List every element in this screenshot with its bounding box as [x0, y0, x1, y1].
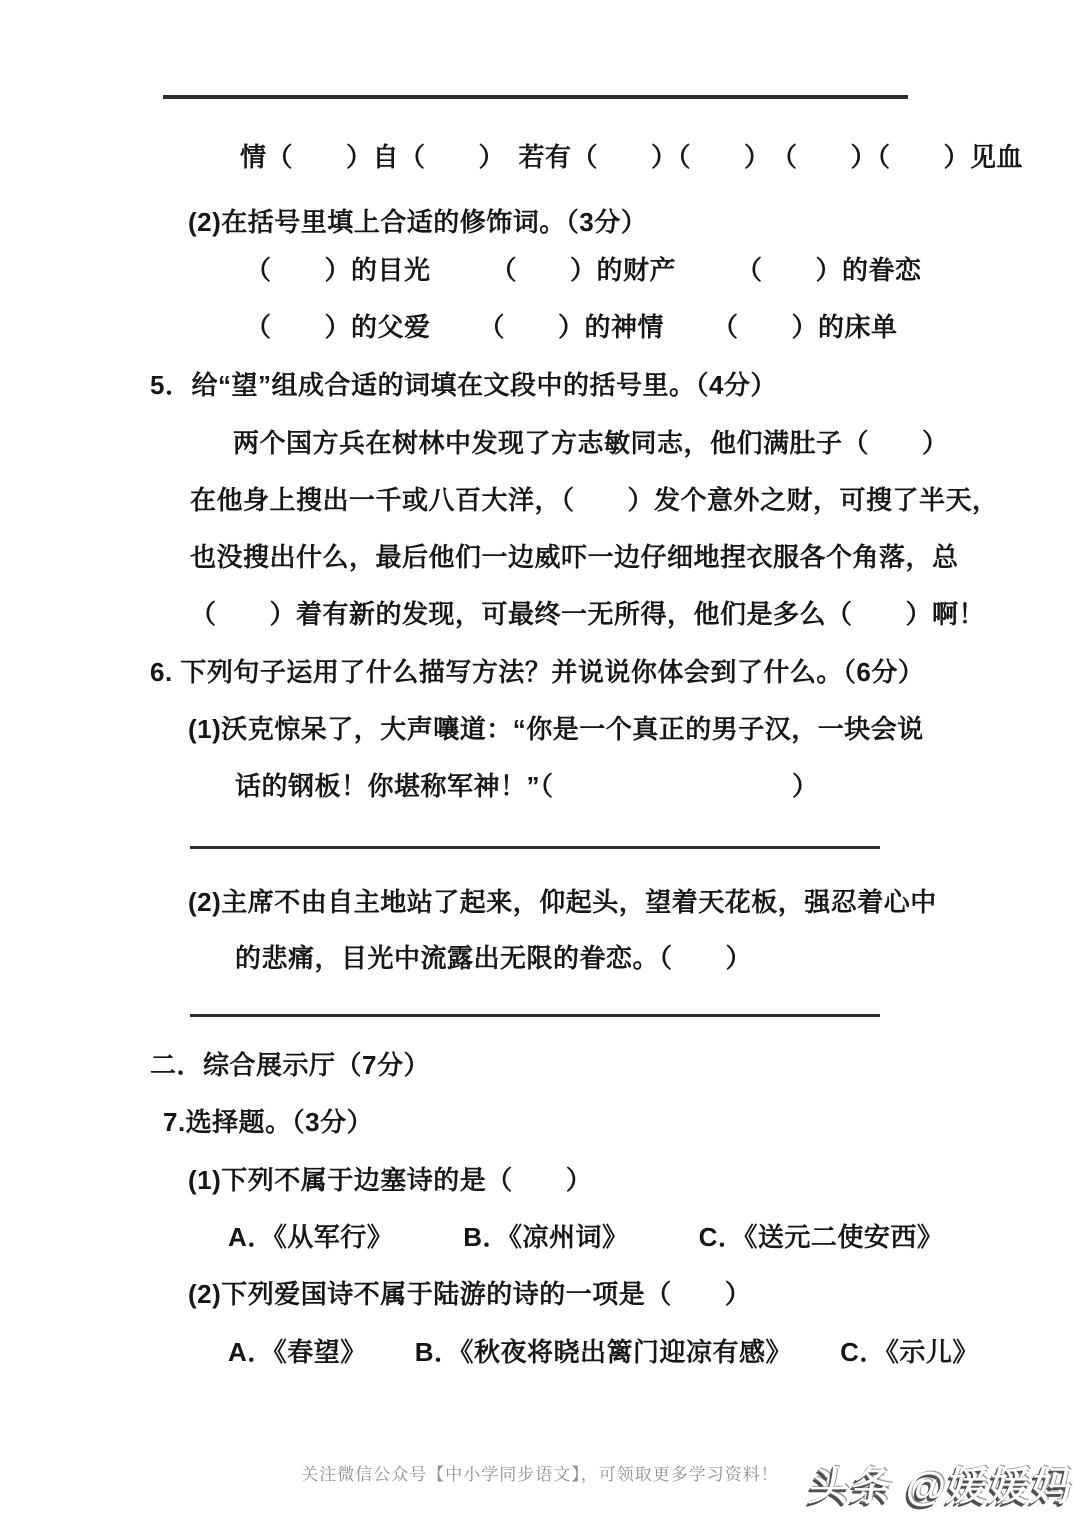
exam-page: 情（ ）自（ ） 若有（ ）（ ） （ ）（ ）见血 (2)在括号里填上合适的修… [0, 0, 1080, 1527]
q6-part1-answer-line [190, 846, 880, 849]
q6-part2-answer-line [190, 1014, 880, 1017]
q4-idiom-blanks: 情（ ）自（ ） 若有（ ）（ ） （ ）（ ）见血 [240, 139, 1023, 175]
q6-part1-line-2: 话的钢板！你堪称军神！”（ ） [235, 768, 819, 804]
option-c: C．《示儿》 [840, 1334, 979, 1370]
option-a: A．《从军行》 [228, 1219, 393, 1255]
option-b: B．《秋夜将晓出篱门迎凉有感》 [415, 1334, 792, 1370]
q6-part2-line-2: 的悲痛，目光中流露出无限的眷恋。（ ） [235, 940, 752, 976]
q5-passage-line-4: （ ）着有新的发现，可最终一无所得，他们是多么（ ）啊！ [190, 596, 985, 632]
option-a: A．《春望》 [228, 1334, 367, 1370]
q7-sub1-options: A．《从军行》 B．《凉州词》 C．《送元二使安西》 [228, 1219, 943, 1255]
q5-passage-line-1: 两个国方兵在树林中发现了方志敏同志，他们满肚子（ ） [233, 425, 949, 461]
q5-title: 5．给“望”组成合适的词填在文段中的括号里。（4分） [150, 367, 777, 403]
toutiao-watermark: 头条 @媛媛妈 [806, 1455, 1078, 1512]
q7-sub2-options: A．《春望》 B．《秋夜将晓出篱门迎凉有感》 C．《示儿》 [228, 1334, 979, 1370]
q6-title: 6. 下列句子运用了什么描写方法？并说说你体会到了什么。（6分） [150, 654, 924, 690]
modifier-blank: （ ）的财产 [491, 252, 677, 288]
option-b: B．《凉州词》 [463, 1219, 628, 1255]
q5-passage-line-2: 在他身上搜出一千或八百大洋，（ ）发个意外之财，可搜了半天， [190, 482, 999, 518]
modifier-blank: （ ）的神情 [479, 309, 665, 345]
q7-title: 7.选择题。（3分） [163, 1104, 373, 1140]
q6-part1-line-1: (1)沃克惊呆了，大声嚷道：“你是一个真正的男子汉，一块会说 [188, 711, 924, 747]
modifier-blank: （ ）的父爱 [245, 309, 431, 345]
q6-part2-line-1: (2)主席不由自主地站了起来，仰起头，望着天花板，强忍着心中 [188, 884, 937, 920]
q5-passage-line-3: 也没搜出什么，最后他们一边威吓一边仔细地捏衣服各个角落，总 [190, 539, 959, 575]
q4-modifier-row-2: （ ）的父爱 （ ）的神情 （ ）的床单 [245, 309, 898, 345]
modifier-blank: （ ）的目光 [245, 252, 431, 288]
modifier-blank: （ ）的眷恋 [736, 252, 922, 288]
section2-title: 二．综合展示厅（7分） [150, 1047, 430, 1083]
q7-sub2-question: (2)下列爱国诗不属于陆游的诗的一项是（ ） [188, 1276, 751, 1312]
q7-sub1-question: (1)下列不属于边塞诗的是（ ） [188, 1162, 592, 1198]
q4-modifier-row-1: （ ）的目光 （ ）的财产 （ ）的眷恋 [245, 252, 922, 288]
q4-part2-label: (2)在括号里填上合适的修饰词。（3分） [188, 204, 647, 240]
modifier-blank: （ ）的床单 [712, 309, 898, 345]
option-c: C．《送元二使安西》 [699, 1219, 944, 1255]
top-divider [163, 95, 908, 99]
